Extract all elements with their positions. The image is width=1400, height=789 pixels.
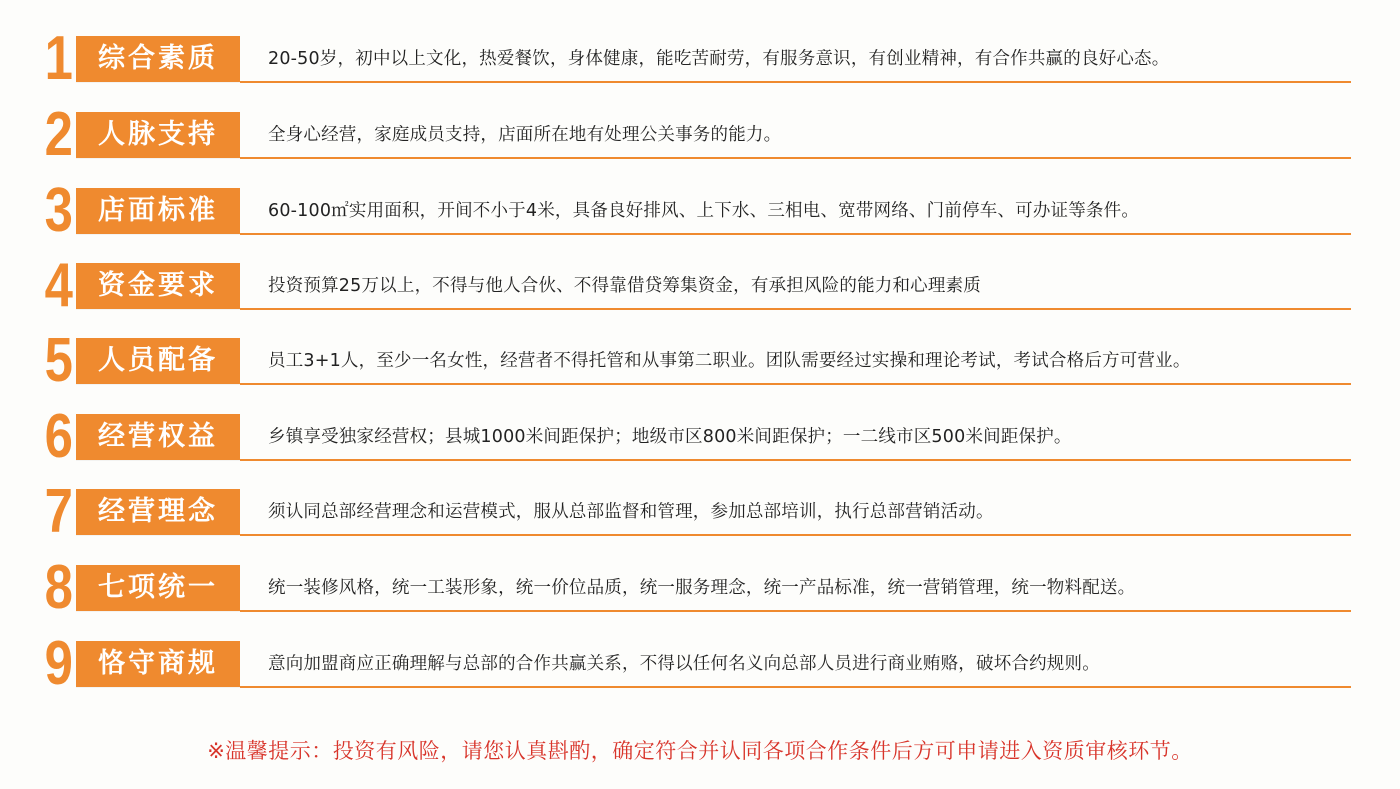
row-label: 人脉支持 [76,112,240,158]
row-label: 人员配备 [76,338,240,384]
row-description: 统一装修风格，统一工装形象，统一价位品质，统一服务理念，统一产品标准，统一营销管… [268,572,1135,604]
row-divider [240,157,1351,159]
row-description: 投资预算25万以上，不得与他人合伙、不得靠借贷筹集资金，有承担风险的能力和心理素… [268,270,981,302]
row-divider [240,459,1351,461]
requirement-row-4: 4 资金要求 投资预算25万以上，不得与他人合伙、不得靠借贷筹集资金，有承担风险… [0,257,1400,319]
row-number: 3 [42,182,75,240]
row-number: 9 [42,635,75,693]
row-description: 全身心经营，家庭成员支持，店面所在地有处理公关事务的能力。 [268,119,781,151]
requirement-row-7: 7 经营理念 须认同总部经营理念和运营模式，服从总部监督和管理，参加总部培训，执… [0,483,1400,545]
requirement-row-5: 5 人员配备 员工3+1人，至少一名女性，经营者不得托管和从事第二职业。团队需要… [0,332,1400,394]
requirement-row-3: 3 店面标准 60-100㎡实用面积，开间不小于4米，具备良好排风、上下水、三相… [0,182,1400,244]
row-number: 4 [42,257,75,315]
row-divider [240,686,1351,688]
row-number: 5 [42,332,75,390]
requirement-row-6: 6 经营权益 乡镇享受独家经营权；县城1000米间距保护；地级市区800米间距保… [0,408,1400,470]
row-label: 综合素质 [76,36,240,82]
requirement-row-9: 9 恪守商规 意向加盟商应正确理解与总部的合作共赢关系，不得以任何名义向总部人员… [0,635,1400,697]
row-number: 1 [42,30,75,88]
row-divider [240,610,1351,612]
row-divider [240,534,1351,536]
row-label: 资金要求 [76,263,240,309]
requirement-row-2: 2 人脉支持 全身心经营，家庭成员支持，店面所在地有处理公关事务的能力。 [0,106,1400,168]
row-label: 经营权益 [76,414,240,460]
row-divider [240,81,1351,83]
row-number: 2 [42,106,75,164]
row-label: 恪守商规 [76,641,240,687]
row-number: 6 [42,408,75,466]
row-description: 乡镇享受独家经营权；县城1000米间距保护；地级市区800米间距保护；一二线市区… [268,421,1072,453]
requirement-row-1: 1 综合素质 20-50岁，初中以上文化，热爱餐饮，身体健康，能吃苦耐劳，有服务… [0,30,1400,92]
row-divider [240,233,1351,235]
row-description: 意向加盟商应正确理解与总部的合作共赢关系，不得以任何名义向总部人员进行商业贿赂，… [268,648,1100,680]
row-divider [240,308,1351,310]
risk-notice: ※温馨提示：投资有风险，请您认真斟酌，确定符合并认同各项合作条件后方可申请进入资… [0,733,1400,769]
row-number: 8 [42,559,75,617]
row-label: 七项统一 [76,565,240,611]
row-description: 60-100㎡实用面积，开间不小于4米，具备良好排风、上下水、三相电、宽带网络、… [268,195,1139,227]
row-divider [240,383,1351,385]
requirement-row-8: 8 七项统一 统一装修风格，统一工装形象，统一价位品质，统一服务理念，统一产品标… [0,559,1400,621]
row-description: 员工3+1人，至少一名女性，经营者不得托管和从事第二职业。团队需要经过实操和理论… [268,345,1191,377]
row-description: 须认同总部经营理念和运营模式，服从总部监督和管理，参加总部培训，执行总部营销活动… [268,496,994,528]
row-number: 7 [42,483,75,541]
row-label: 经营理念 [76,489,240,535]
row-description: 20-50岁，初中以上文化，热爱餐饮，身体健康，能吃苦耐劳，有服务意识，有创业精… [268,43,1169,75]
row-label: 店面标准 [76,188,240,234]
